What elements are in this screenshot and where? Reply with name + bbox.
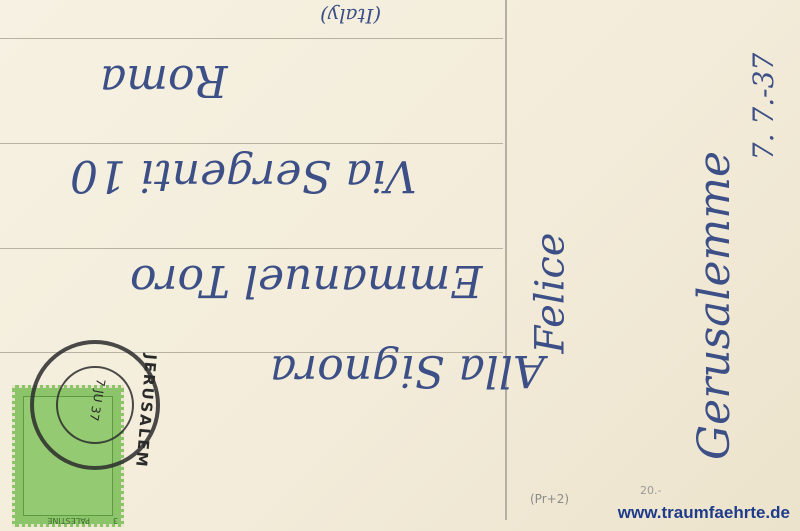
address-city: Roma xyxy=(100,55,228,106)
postcard-back: (Italy) Roma Via Sergenti 10 Emmanuel To… xyxy=(0,0,800,531)
address-country: (Italy) xyxy=(320,4,381,28)
stamp-value: 3 xyxy=(113,516,118,525)
address-street: Via Sergenti 10 xyxy=(70,150,417,201)
address-line-rule xyxy=(0,143,503,144)
address-salutation: Alla Signora xyxy=(270,345,545,396)
stamp-country: PALESTINE xyxy=(47,516,90,525)
address-line-rule xyxy=(0,248,503,249)
address-line-rule xyxy=(0,38,503,39)
address-name: Emmanuel Toro xyxy=(130,255,483,306)
signature: Felice xyxy=(527,233,573,354)
center-divider xyxy=(505,0,507,520)
sender-date: 7. 7.-37 xyxy=(747,53,780,160)
pencil-note: (Pr+2) xyxy=(530,492,569,506)
sender-place: Gerusalemme xyxy=(689,151,740,460)
watermark: www.traumfaehrte.de xyxy=(618,503,790,523)
price-note: 20.- xyxy=(640,484,661,497)
